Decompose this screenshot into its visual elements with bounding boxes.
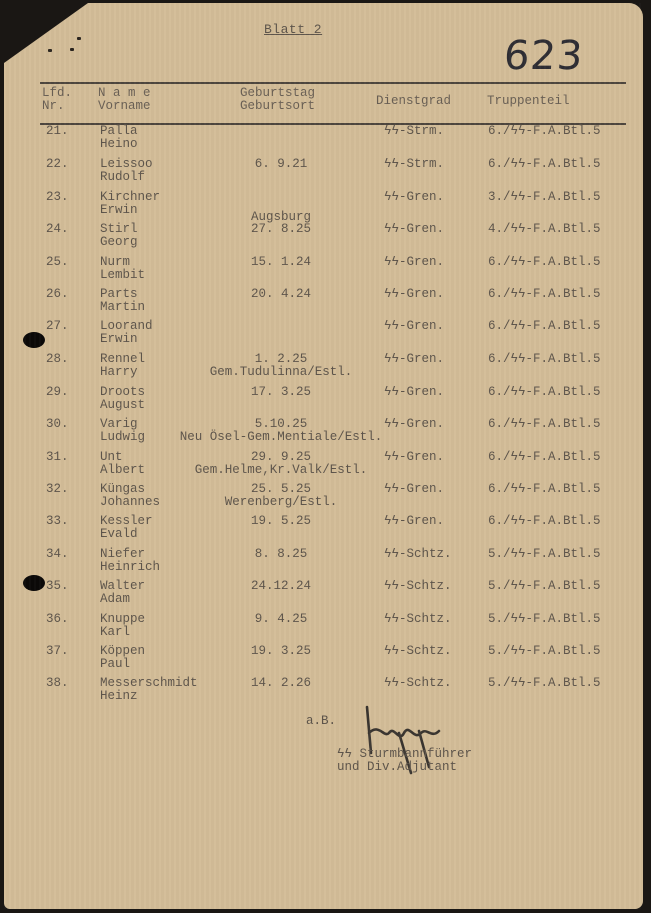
table-row: 38. Messerschmidt Heinz 14. 2.26 ϟϟ-Scht… (4, 677, 644, 710)
birth-date: 19. 3.25 (251, 645, 311, 658)
rank: ϟϟ-Gren. (384, 191, 444, 204)
rank: ϟϟ-Gren. (384, 320, 444, 333)
table-row: 34. Niefer Heinrich 8. 8.25 ϟϟ-Schtz. 5.… (4, 548, 644, 581)
rank: ϟϟ-Gren. (384, 418, 444, 431)
rank: ϟϟ-Gren. (384, 223, 444, 236)
row-number: 35. (46, 580, 69, 593)
row-number: 21. (46, 125, 69, 138)
rank: ϟϟ-Schtz. (384, 613, 452, 626)
header-nr: Lfd. Nr. (42, 87, 72, 113)
header-unit: Truppenteil (487, 95, 570, 108)
unit: 5./ϟϟ-F.A.Btl.5 (488, 645, 601, 658)
table-row: 25. Nurm Lembit 15. 1.24 ϟϟ-Gren. 6./ϟϟ-… (4, 256, 644, 289)
first-name: Ludwig (100, 431, 145, 444)
birth-place: Werenberg/Estl. (225, 496, 338, 509)
rank: ϟϟ-Schtz. (384, 580, 452, 593)
punch-mark (70, 48, 74, 51)
first-name: Johannes (100, 496, 160, 509)
table-row: 23. Kirchner Erwin Augsburg ϟϟ-Gren. 3./… (4, 191, 644, 224)
unit: 5./ϟϟ-F.A.Btl.5 (488, 548, 601, 561)
punch-mark (77, 37, 81, 40)
table-row: 27. Loorand Erwin ϟϟ-Gren. 6./ϟϟ-F.A.Btl… (4, 320, 644, 353)
birth-date: 15. 1.24 (251, 256, 311, 269)
first-name: Martin (100, 301, 145, 314)
table-row: 31. Unt Albert 29. 9.25 Gem.Helme,Kr.Val… (4, 451, 644, 484)
unit: 6./ϟϟ-F.A.Btl.5 (488, 288, 601, 301)
birth-place: Gem.Helme,Kr.Valk/Estl. (195, 464, 368, 477)
rank: ϟϟ-Gren. (384, 451, 444, 464)
unit: 6./ϟϟ-F.A.Btl.5 (488, 256, 601, 269)
unit: 6./ϟϟ-F.A.Btl.5 (488, 418, 601, 431)
row-number: 32. (46, 483, 69, 496)
row-number: 36. (46, 613, 69, 626)
first-name: Georg (100, 236, 138, 249)
rank: ϟϟ-Schtz. (384, 645, 452, 658)
table-row: 21. Palla Heino ϟϟ-Strm. 6./ϟϟ-F.A.Btl.5 (4, 125, 644, 158)
signature-title-line1: ϟϟ Sturmbannführer (337, 747, 472, 761)
row-number: 33. (46, 515, 69, 528)
header-top-rule (40, 82, 626, 84)
row-number: 38. (46, 677, 69, 690)
unit: 6./ϟϟ-F.A.Btl.5 (488, 483, 601, 496)
sheet-label: Blatt 2 (264, 22, 322, 37)
unit: 4./ϟϟ-F.A.Btl.5 (488, 223, 601, 236)
unit: 6./ϟϟ-F.A.Btl.5 (488, 125, 601, 138)
rank: ϟϟ-Strm. (384, 125, 444, 138)
row-number: 30. (46, 418, 69, 431)
unit: 6./ϟϟ-F.A.Btl.5 (488, 353, 601, 366)
birth-date: 6. 9.21 (255, 158, 308, 171)
rank: ϟϟ-Gren. (384, 256, 444, 269)
first-name: Heinz (100, 690, 138, 703)
table-row: 26. Parts Martin 20. 4.24 ϟϟ-Gren. 6./ϟϟ… (4, 288, 644, 321)
table-row: 36. Knuppe Karl 9. 4.25 ϟϟ-Schtz. 5./ϟϟ-… (4, 613, 644, 646)
unit: 6./ϟϟ-F.A.Btl.5 (488, 386, 601, 399)
row-number: 22. (46, 158, 69, 171)
first-name: Lembit (100, 269, 145, 282)
birth-place: Neu Ösel-Gem.Mentiale/Estl. (180, 431, 383, 444)
birth-date: 9. 4.25 (255, 613, 308, 626)
birth-date: 14. 2.26 (251, 677, 311, 690)
first-name: Erwin (100, 333, 138, 346)
row-number: 24. (46, 223, 69, 236)
row-number: 27. (46, 320, 69, 333)
punch-mark (48, 49, 52, 52)
punch-hole (23, 575, 45, 591)
first-name: Harry (100, 366, 138, 379)
document-page: Blatt 2 623 Lfd. Nr. N a m e Vorname Geb… (4, 3, 643, 909)
row-number: 34. (46, 548, 69, 561)
signature-title-line2: und Div.Adjutant (337, 760, 457, 774)
birth-date: 27. 8.25 (251, 223, 311, 236)
rank: ϟϟ-Strm. (384, 158, 444, 171)
first-name: Evald (100, 528, 138, 541)
page-number: 623 (502, 33, 585, 79)
row-number: 28. (46, 353, 69, 366)
header-birth: Geburtstag Geburtsort (240, 87, 315, 113)
birth-date: 17. 3.25 (251, 386, 311, 399)
unit: 6./ϟϟ-F.A.Btl.5 (488, 451, 601, 464)
table-row: 35. Walter Adam 24.12.24 ϟϟ-Schtz. 5./ϟϟ… (4, 580, 644, 613)
first-name: Karl (100, 626, 130, 639)
table-row: 24. Stirl Georg 27. 8.25 ϟϟ-Gren. 4./ϟϟ-… (4, 223, 644, 256)
rank: ϟϟ-Gren. (384, 515, 444, 528)
birth-place: Gem.Tudulinna/Estl. (210, 366, 353, 379)
header-name: N a m e Vorname (98, 87, 151, 113)
rank: ϟϟ-Gren. (384, 386, 444, 399)
signature-ab: a.B. (306, 714, 336, 728)
first-name: Heinrich (100, 561, 160, 574)
rank: ϟϟ-Schtz. (384, 548, 452, 561)
first-name: Paul (100, 658, 130, 671)
row-number: 31. (46, 451, 69, 464)
birth-date: 20. 4.24 (251, 288, 311, 301)
unit: 3./ϟϟ-F.A.Btl.5 (488, 191, 601, 204)
first-name: Heino (100, 138, 138, 151)
rank: ϟϟ-Schtz. (384, 677, 452, 690)
unit: 5./ϟϟ-F.A.Btl.5 (488, 613, 601, 626)
table-row: 37. Köppen Paul 19. 3.25 ϟϟ-Schtz. 5./ϟϟ… (4, 645, 644, 678)
table-row: 28. Rennel Harry 1. 2.25 Gem.Tudulinna/E… (4, 353, 644, 386)
row-number: 25. (46, 256, 69, 269)
first-name: Erwin (100, 204, 138, 217)
table-row: 22. Leissoo Rudolf 6. 9.21 ϟϟ-Strm. 6./ϟ… (4, 158, 644, 191)
table-row: 32. Küngas Johannes 25. 5.25 Werenberg/E… (4, 483, 644, 516)
table-row: 29. Droots August 17. 3.25 ϟϟ-Gren. 6./ϟ… (4, 386, 644, 419)
first-name: Rudolf (100, 171, 145, 184)
punch-hole (23, 332, 45, 348)
table-row: 33. Kessler Evald 19. 5.25 ϟϟ-Gren. 6./ϟ… (4, 515, 644, 548)
first-name: Adam (100, 593, 130, 606)
row-number: 37. (46, 645, 69, 658)
header-rank: Dienstgrad (376, 95, 451, 108)
birth-date: 8. 8.25 (255, 548, 308, 561)
unit: 6./ϟϟ-F.A.Btl.5 (488, 320, 601, 333)
unit: 6./ϟϟ-F.A.Btl.5 (488, 515, 601, 528)
rank: ϟϟ-Gren. (384, 353, 444, 366)
rank: ϟϟ-Gren. (384, 288, 444, 301)
first-name: August (100, 399, 145, 412)
unit: 5./ϟϟ-F.A.Btl.5 (488, 677, 601, 690)
first-name: Albert (100, 464, 145, 477)
unit: 5./ϟϟ-F.A.Btl.5 (488, 580, 601, 593)
table-row: 30. Varig Ludwig 5.10.25 Neu Ösel-Gem.Me… (4, 418, 644, 451)
birth-date: 24.12.24 (251, 580, 311, 593)
row-number: 29. (46, 386, 69, 399)
birth-date: 19. 5.25 (251, 515, 311, 528)
rank: ϟϟ-Gren. (384, 483, 444, 496)
unit: 6./ϟϟ-F.A.Btl.5 (488, 158, 601, 171)
row-number: 23. (46, 191, 69, 204)
row-number: 26. (46, 288, 69, 301)
